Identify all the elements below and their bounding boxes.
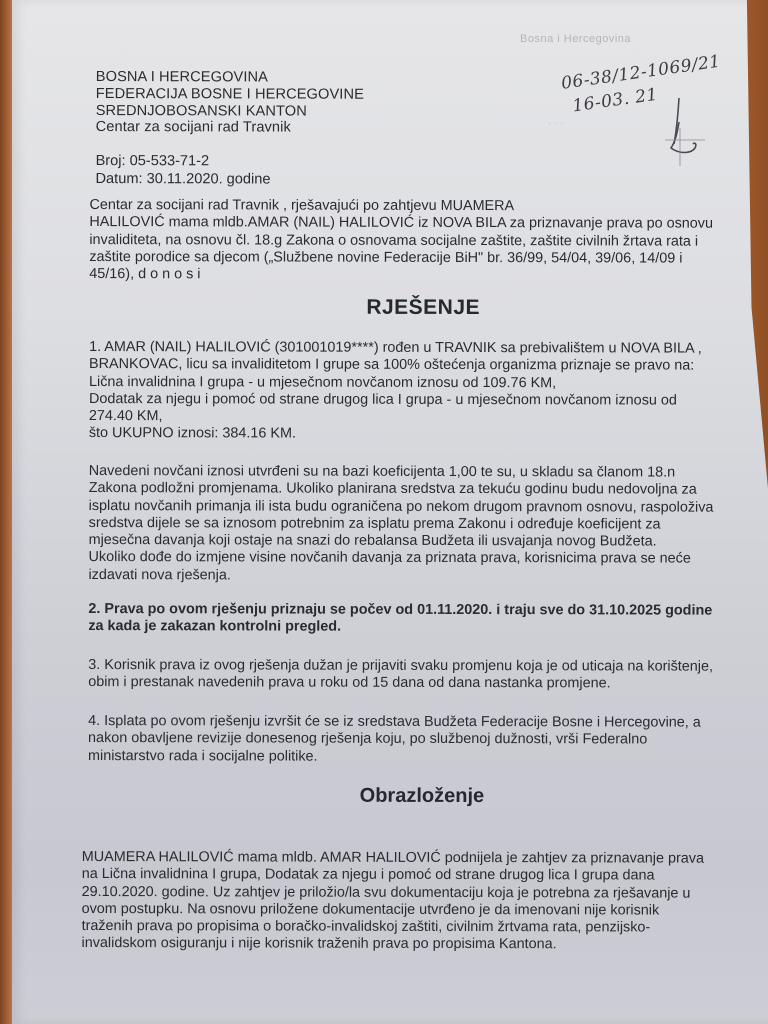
intro-line: zaštite porodice sa djecom („Službene no…: [89, 249, 768, 268]
section-line: BRANKOVAC, licu sa invaliditetom I grupe…: [89, 356, 768, 375]
bleed-through-mark: · · ·: [548, 118, 564, 129]
document-meta: Broj: 05-533-71-2 Datum: 30.11.2020. god…: [96, 152, 271, 188]
section-line: Dodatak za njegu i pomoć od strane drugo…: [89, 391, 768, 410]
section-line: za kada je zakazan kontrolni pregled.: [88, 618, 768, 637]
header-line-country: BOSNA I HERCEGOVINA: [96, 69, 364, 86]
intro-paragraph: Centar za socijani rad Travnik , rješava…: [89, 197, 768, 285]
explanation-line: invalidskom osiguranju i nije korisnik t…: [82, 935, 768, 954]
header-line-federation: FEDERACIJA BOSNE I HERCEGOVINE: [96, 86, 364, 103]
section-line: ministarstvo rada i socijalne politike.: [88, 748, 768, 767]
section-line: 2. Prava po ovom rješenju priznaju se po…: [88, 601, 768, 620]
section-line: mjesečna davanja koji ostaje na snazi do…: [89, 532, 768, 551]
document-number: Broj: 05-533-71-2: [96, 152, 271, 170]
intro-line: HALILOVIĆ mama mldb.AMAR (NAIL) HALILOVI…: [89, 214, 768, 233]
decision-section-1-coefficient-paragraph: Navedeni novčani iznosi utvrđeni su na b…: [88, 463, 768, 586]
section-line: nakon obavljene revizije donesenog rješe…: [88, 730, 768, 749]
decision-section-2: 2. Prava po ovom rješenju priznaju se po…: [88, 601, 768, 637]
issuer-header: BOSNA I HERCEGOVINA FEDERACIJA BOSNE I H…: [96, 69, 364, 137]
header-line-institution: Centar za socijani rad Travnik: [96, 119, 364, 136]
intro-line: Centar za socijani rad Travnik , rješava…: [89, 197, 768, 216]
section-line: što UKUPNO iznosi: 384.16 KM.: [89, 425, 768, 444]
header-line-canton: SREDNJOBOSANSKI KANTON: [96, 103, 364, 120]
bleed-through-stamp-text: Bosna i Hercegovina: [520, 33, 631, 45]
section-line: Navedeni novčani iznosi utvrđeni su na b…: [89, 463, 768, 482]
explanation-paragraph: MUAMERA HALILOVIĆ mama mldb. AMAR HALILO…: [82, 849, 768, 955]
explanation-line: ovom postupku. Na osnovu priložene dokum…: [82, 901, 768, 920]
signature-icon: [665, 92, 735, 172]
decision-section-1: 1. AMAR (NAIL) HALILOVIĆ (301001019****)…: [89, 339, 768, 445]
document-date: Datum: 30.11.2020. godine: [96, 170, 271, 188]
decision-section-4: 4. Isplata po ovom rješenju izvršit će s…: [88, 713, 768, 767]
decision-section-3: 3. Korisnik prava iz ovog rješenja dužan…: [88, 657, 768, 693]
intro-line: invaliditeta, na osnovu čl. 18.g Zakona …: [89, 232, 768, 251]
explanation-title: Obrazloženje: [82, 787, 762, 806]
section-line: Zakona podložni promjenama. Ukoliko plan…: [89, 480, 768, 499]
section-line: Ukoliko dođe do izmjene visine novčanih …: [89, 549, 768, 568]
section-line: 274.40 KM,: [89, 408, 768, 427]
section-line: obim i prestanak navedenih prava u roku …: [88, 674, 768, 693]
section-line: 4. Isplata po ovom rješenju izvršit će s…: [88, 713, 768, 732]
explanation-line: MUAMERA HALILOVIĆ mama mldb. AMAR HALILO…: [82, 849, 768, 868]
section-line: isplatu novčanih primanja ili ista budu …: [89, 498, 768, 517]
decision-title: RJEŠENJE: [83, 298, 763, 317]
section-line: 1. AMAR (NAIL) HALILOVIĆ (301001019****)…: [89, 339, 768, 358]
explanation-line: 29.10.2020. godine. Uz zahtjev je prilož…: [82, 884, 768, 903]
section-line: sredstva dijele se sa iznosom potrebnim …: [89, 515, 768, 534]
wood-surface-left: [0, 0, 14, 1024]
section-line: 3. Korisnik prava iz ovog rješenja dužan…: [88, 657, 768, 676]
section-line: izdavati nova rješenja.: [88, 567, 768, 586]
section-line: Lična invalidnina I grupa - u mjesečnom …: [89, 374, 768, 393]
explanation-line: na Lična invalidnina I grupa, Dodatak za…: [82, 866, 768, 885]
explanation-line: traženih prava po propisima o boračko-in…: [82, 918, 768, 937]
intro-line: 45/16), d o n o s i: [89, 266, 768, 285]
